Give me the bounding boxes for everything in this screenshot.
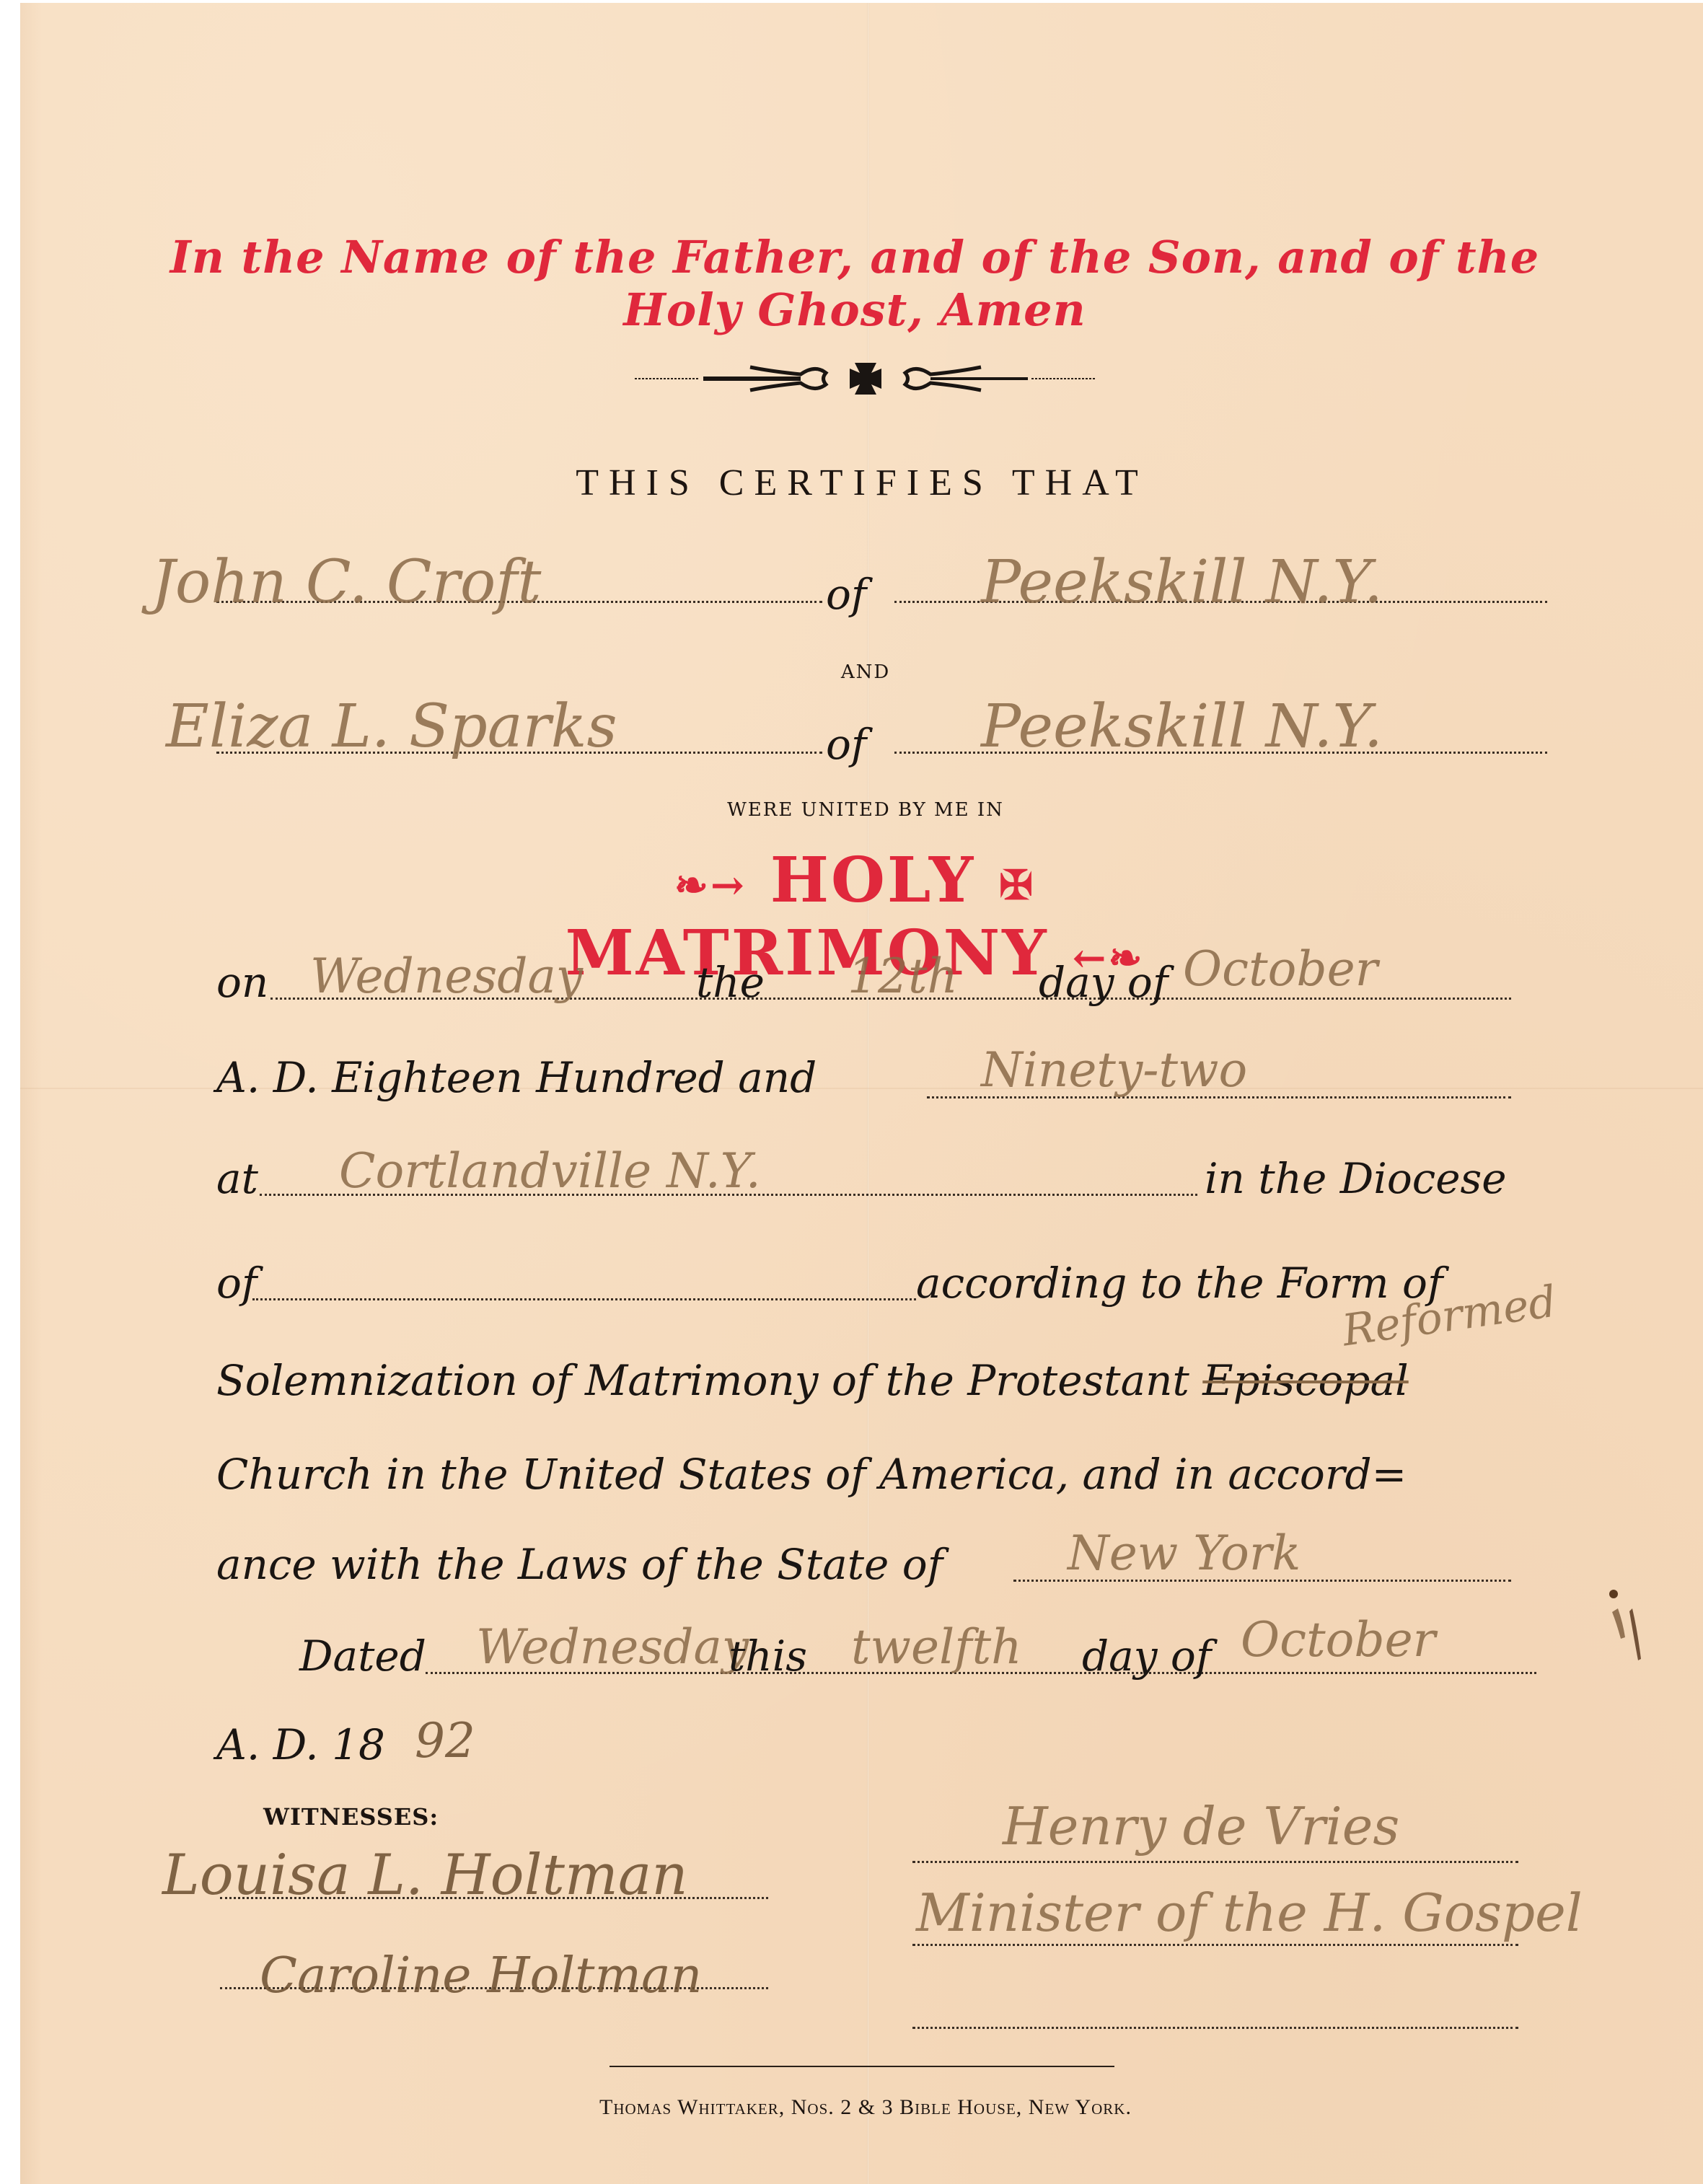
officiant-title: Minister of the H. Gospel <box>916 1883 1583 1943</box>
witnesses-label: WITNESSES: <box>263 1803 439 1831</box>
united-label: WERE UNITED BY ME IN <box>635 799 1096 821</box>
according-label: according to the Form of <box>916 1259 1443 1308</box>
witness-1-signature: Louisa L. Holtman <box>162 1843 688 1908</box>
cross-ornament-divider-icon <box>628 357 1104 400</box>
state-value: New York <box>1068 1525 1301 1581</box>
diocese-of-label: of <box>216 1259 257 1308</box>
dated-year-suffix: 92 <box>415 1713 475 1769</box>
ceremony-weekday: Wednesday <box>310 948 583 1004</box>
dated-month: October <box>1241 1612 1435 1668</box>
witness-2-signature: Caroline Holtman <box>260 1947 702 2004</box>
extra-signature-line <box>912 2027 1518 2029</box>
at-label: at <box>216 1154 258 1203</box>
form-line-1-prefix: Solemnization of Matrimony of the Protes… <box>216 1356 1189 1405</box>
matrimony-word: MATRIMONY <box>566 917 1049 990</box>
officiant-title-line <box>912 1944 1518 1946</box>
certifies-title: THIS CERTIFIES THAT <box>519 462 1205 504</box>
diocese-label: in the Diocese <box>1205 1154 1507 1203</box>
year-words: Ninety-two <box>981 1042 1247 1098</box>
day-of-label: day of <box>1039 958 1168 1007</box>
form-line-3: ance with the Laws of the State of <box>216 1540 943 1589</box>
form-line-1-struck: Episcopal <box>1202 1356 1408 1405</box>
holy-word: HOLY <box>770 844 976 917</box>
ink-stain-icon <box>1605 1580 1648 1673</box>
diocese-line[interactable] <box>252 1298 916 1300</box>
printer-imprint: Thomas Whittaker, Nos. 2 & 3 Bible House… <box>505 2095 1226 2120</box>
year-prefix: A. D. Eighteen Hundred and <box>216 1053 817 1102</box>
footer-rule <box>610 2066 1114 2067</box>
invocation-heading: In the Name of the Father, and of the So… <box>151 231 1558 336</box>
dated-ad-label: A. D. 18 <box>216 1720 385 1769</box>
dated-weekday: Wednesday <box>476 1619 749 1675</box>
form-line-1: Solemnization of Matrimony of the Protes… <box>216 1356 1409 1405</box>
bride-residence: Peekskill N.Y. <box>981 692 1383 761</box>
dated-day-of-label: day of <box>1082 1632 1211 1681</box>
bride-of-label: of <box>826 720 866 769</box>
officiant-signature: Henry de Vries <box>1003 1796 1399 1857</box>
dated-day-words: twelfth <box>851 1619 1022 1675</box>
dated-label: Dated <box>299 1632 426 1681</box>
on-label: on <box>216 958 268 1007</box>
ceremony-day: 12th <box>848 948 958 1004</box>
the-label: the <box>696 958 765 1007</box>
ceremony-place: Cortlandville N.Y. <box>339 1143 761 1199</box>
and-label: AND <box>793 661 938 683</box>
groom-of-label: of <box>826 570 866 619</box>
this-label: this <box>729 1632 807 1681</box>
groom-name: John C. Croft <box>151 548 542 617</box>
groom-residence: Peekskill N.Y. <box>981 548 1383 617</box>
ceremony-month: October <box>1183 941 1378 997</box>
left-flourish-icon: ❧→ <box>674 862 747 910</box>
form-line-2: Church in the United States of America, … <box>216 1450 1407 1499</box>
cross-separator-icon: ✠ <box>999 862 1035 910</box>
bride-name: Eliza L. Sparks <box>166 692 617 761</box>
officiant-line <box>912 1861 1518 1863</box>
